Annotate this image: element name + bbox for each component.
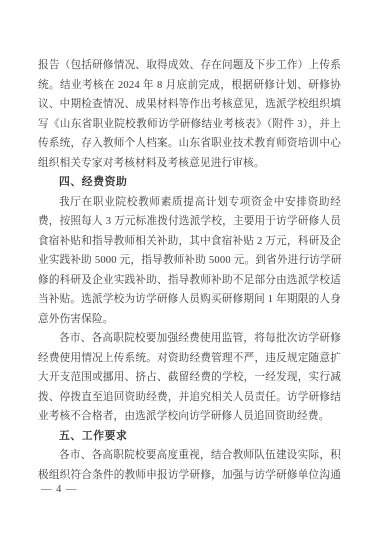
text-line: 意外伤害保险。 — [38, 310, 341, 330]
text-line: 报告（包括研修情况、取得成效、存在问题及下步工作）上传系 — [38, 56, 341, 76]
document-body: 报告（包括研修情况、取得成效、存在问题及下步工作）上传系统。结业考核在 2024… — [38, 56, 341, 485]
text-line: 当补贴。选派学校为访学研修人员购买研修期间 1 年期限的人身 — [38, 290, 341, 310]
text-line: 食宿补贴和指导教师相关补助，其中食宿补贴 2 万元，科研及企 — [38, 232, 341, 252]
text-line: 经费使用情况上传系统。对资助经费管理不严，违反规定随意扩 — [38, 349, 341, 369]
text-line: 费，按照每人 3 万元标准拨付选派学校，主要用于访学研修人员 — [38, 212, 341, 232]
text-line: 大开支范围或挪用、挤占、截留经费的学校，一经发现，实行减 — [38, 368, 341, 388]
text-line: 传系统，存入教师个人档案。山东省职业技术教育师资培训中心 — [38, 134, 341, 154]
text-line: 我厅在职业院校教师素质提高计划专项资金中安排资助经 — [38, 193, 341, 213]
text-line: 议、中期检查情况、成果材料等作出考核意见，选派学校组织填 — [38, 95, 341, 115]
page-number: — 4 — — [41, 483, 78, 497]
text-line: 拨、停拨直至追回资助经费，并追究相关人员责任。访学研修结 — [38, 388, 341, 408]
document-page: 报告（包括研修情况、取得成效、存在问题及下步工作）上传系统。结业考核在 2024… — [0, 0, 378, 534]
section-heading: 四、经费资助 — [38, 173, 341, 193]
text-line: 极组织符合条件的教师申报访学研修，加强与访学研修单位沟通 — [38, 466, 341, 486]
text-line: 写《山东省职业院校教师访学研修结业考核表》（附件 3），并上 — [38, 115, 341, 135]
text-line: 修的科研及企业实践补助、指导教师补助不足部分由选派学校适 — [38, 271, 341, 291]
text-line: 组织相关专家对考核材料及考核意见进行审核。 — [38, 154, 341, 174]
text-line: 业实践补助 5000 元，指导教师补助 5000 元。到省外进行访学研 — [38, 251, 341, 271]
text-line: 业考核不合格者，由选派学校向访学研修人员追回资助经费。 — [38, 407, 341, 427]
text-line: 各市、各高职院校要加强经费使用监管，将每批次访学研修 — [38, 329, 341, 349]
text-line: 各市、各高职院校要高度重视，结合教师队伍建设实际，积 — [38, 446, 341, 466]
section-heading: 五、工作要求 — [38, 427, 341, 447]
text-line: 统。结业考核在 2024 年 8 月底前完成，根据研修计划、研修协 — [38, 76, 341, 96]
